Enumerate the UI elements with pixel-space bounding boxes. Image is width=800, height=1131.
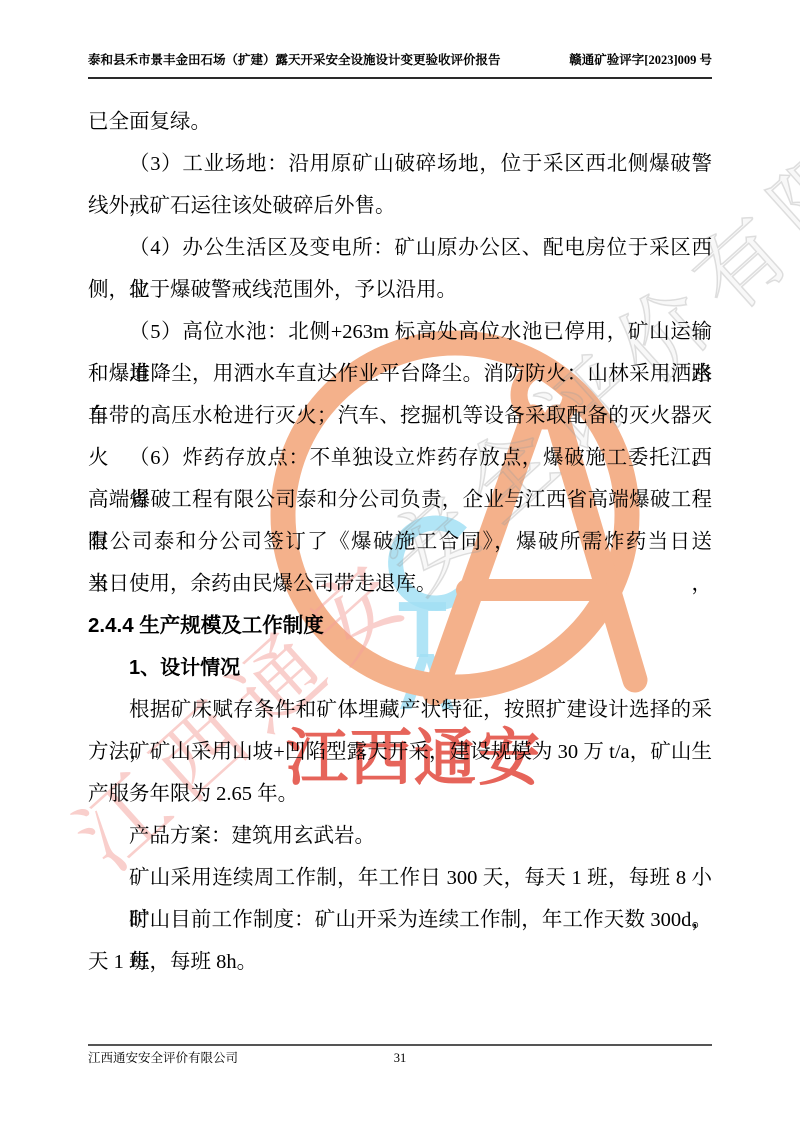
body-line: 线外，矿石运往该处破碎后外售。 — [88, 185, 712, 227]
section-heading: 2.4.4 生产规模及工作制度 — [88, 605, 712, 647]
page-content: 泰和县禾市景丰金田石场（扩建）露天开采安全设施设计变更验收评价报告 赣通矿验评字… — [0, 0, 800, 1131]
body-line: 产服务年限为 2.65 年。 — [88, 773, 712, 815]
body-line: 矿山目前工作制度：矿山开采为连续工作制，年工作天数 300d，每 — [88, 899, 712, 941]
body-line: （6）炸药存放点：不单独设立炸药存放点，爆破施工委托江西省 — [88, 437, 712, 479]
body-line: 已全面复绿。 — [88, 101, 712, 143]
body-line: 限公司泰和分公司签订了《爆破施工合同》，爆破所需炸药当日送来， — [88, 521, 712, 563]
body-line: （4）办公生活区及变电所：矿山原办公区、配电房位于采区西北 — [88, 227, 712, 269]
doc-number: 赣通矿验评字[2023]009 号 — [569, 50, 712, 70]
body-line: 高端爆破工程有限公司泰和分公司负责，企业与江西省高端爆破工程有 — [88, 479, 712, 521]
body-line: 和爆堆降尘，用洒水车直达作业平台降尘。消防防火：山林采用洒水车 — [88, 353, 712, 395]
body-line: 矿山采用连续周工作制，年工作日 300 天，每天 1 班，每班 8 小时。 — [88, 857, 712, 899]
body-line: 侧，位于爆破警戒线范围外，予以沿用。 — [88, 269, 712, 311]
header-rule — [88, 77, 712, 79]
page-number: 31 — [88, 1049, 712, 1067]
body-text: 已全面复绿。 （3）工业场地：沿用原矿山破碎场地，位于采区西北侧爆破警戒 线外，… — [88, 101, 712, 983]
body-line: 自带的高压水枪进行灭火；汽车、挖掘机等设备采取配备的灭火器灭火。 — [88, 395, 712, 437]
body-line: 产品方案：建筑用玄武岩。 — [88, 815, 712, 857]
body-line: 天 1 班，每班 8h。 — [88, 941, 712, 983]
report-title: 泰和县禾市景丰金田石场（扩建）露天开采安全设施设计变更验收评价报告 — [88, 50, 501, 70]
page-header: 泰和县禾市景丰金田石场（扩建）露天开采安全设施设计变更验收评价报告 赣通矿验评字… — [88, 50, 712, 70]
body-line: 根据矿床赋存条件和矿体埋藏产状特征，按照扩建设计选择的采矿 — [88, 689, 712, 731]
body-line: （5）高位水池：北侧+263m 标高处高位水池已停用，矿山运输道路 — [88, 311, 712, 353]
footer-rule — [88, 1044, 712, 1046]
document-page: T A 江西通安安全评价有限公司 江西通安 泰和县禾市景丰金田石场（扩建）露天开… — [0, 0, 800, 1131]
subsection-heading: 1、设计情况 — [88, 647, 712, 689]
body-line: 方法，矿山采用山坡+凹陷型露天开采，建设规模为 30 万 t/a，矿山生 — [88, 731, 712, 773]
body-line: （3）工业场地：沿用原矿山破碎场地，位于采区西北侧爆破警戒 — [88, 143, 712, 185]
